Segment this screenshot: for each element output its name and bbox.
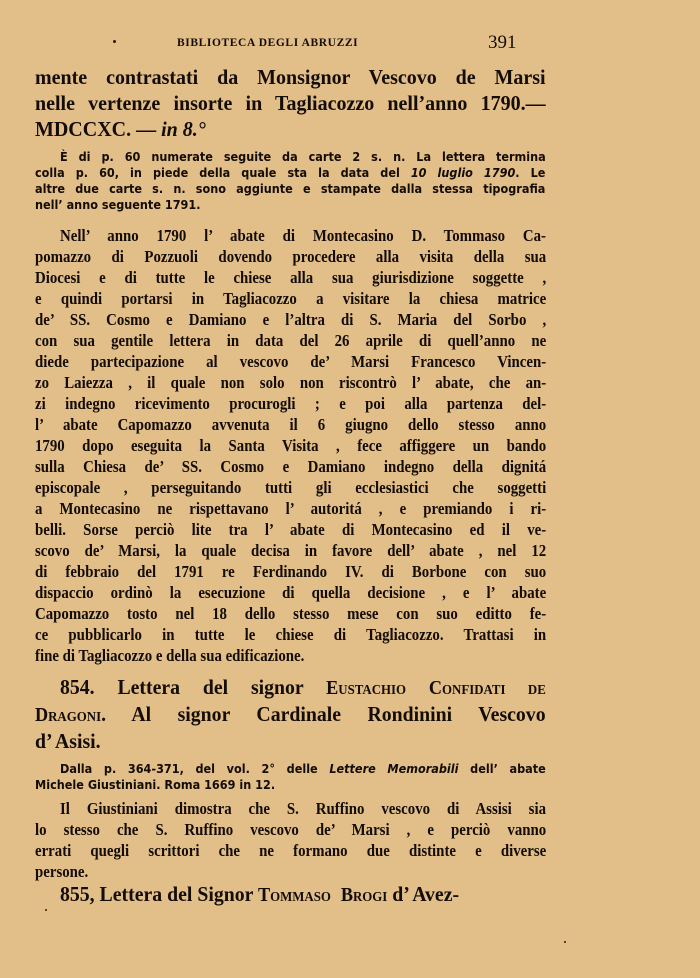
body-line-19: Capomazzo tosto nel 18 dello stesso mese…: [35, 603, 546, 624]
body-line-15: belli. Sorse perciò lite tra l’ abate di…: [35, 519, 546, 540]
body-line-4: e quindi portarsi in Tagliacozzo a visit…: [35, 288, 546, 309]
body-line-20: ce pubblicarlo in tutte le chiese di Tag…: [35, 624, 546, 645]
author-first-name: Tommaso: [258, 884, 331, 906]
page-number: 391: [488, 32, 517, 54]
body-line-21: fine di Tagliacozzo e della sua edificaz…: [35, 645, 546, 666]
note-text: . Le: [515, 166, 545, 181]
title-continuation-line-3: MDCCXC. — in 8.°: [35, 116, 546, 142]
note-text: colla p. 60, in piede della quale sta la…: [35, 166, 411, 181]
body-line-8: zo Laiezza , il quale non solo non risco…: [35, 372, 546, 393]
entry-854-note-line-1: Dalla p. 364-371, del vol. 2° delle Lett…: [60, 762, 546, 778]
body-line-13: episcopale , perseguitando tutti gli ecc…: [35, 477, 546, 498]
ink-speck: [45, 909, 47, 911]
entry-854-note-line-2: Michele Giustiniani. Roma 1669 in 12.: [35, 778, 545, 794]
body-line-5: de’ SS. Cosmo e Damiano e l’altra di S. …: [35, 309, 546, 330]
body-line-14: a Montecasino ne rispettavano l’ autorit…: [35, 498, 546, 519]
body-line-1: Nell’ anno 1790 l’ abate di Montecasino …: [60, 225, 546, 246]
entry-854-body-line-2: lo stesso che S. Ruffino vescovo de’ Mar…: [35, 819, 546, 840]
note-line-4: nell’ anno seguente 1791.: [35, 198, 545, 214]
body-line-6: con sua gentile lettera in data del 26 a…: [35, 330, 546, 351]
body-line-2: pomazzo di Pozzuoli dovendo procedere al…: [35, 246, 546, 267]
body-line-18: dispaccio ordinò la esecuzione di quella…: [35, 582, 546, 603]
title-continuation-line-1: mente contrastati da Monsignor Vescovo d…: [35, 64, 546, 90]
author-first-name: Eustachio: [326, 677, 406, 699]
note-line-3: altre due carte s. n. sono aggiunte e st…: [35, 182, 545, 198]
body-line-9: zi indegno ricevimento procurogli ; e po…: [35, 393, 546, 414]
entry-854-body-line-1: Il Giustiniani dimostra che S. Ruffino v…: [60, 798, 546, 819]
title-continuation-line-2: nelle vertenze insorte in Tagliacozzo ne…: [35, 90, 546, 116]
author-surname: Brogi: [341, 884, 387, 906]
body-line-16: scovo de’ Marsi, la quale decisa in favo…: [35, 540, 546, 561]
ink-speck: [564, 941, 566, 943]
body-line-11: 1790 dopo eseguita la Santa Visita , fec…: [35, 435, 546, 456]
entry-854-body-line-4: persone.: [35, 861, 546, 882]
book-page: Biblioteca degli Abruzzi 391 mente contr…: [0, 0, 700, 978]
entry-number: 854.: [60, 675, 95, 699]
note-line-2: colla p. 60, in piede della quale sta la…: [35, 166, 545, 182]
body-line-12: sulla Chiesa de’ SS. Cosmo e Damiano ind…: [35, 456, 546, 477]
ink-speck: [113, 40, 116, 43]
note-date: 10 luglio 1790: [411, 166, 515, 181]
entry-title: Lettera del Signor: [100, 882, 253, 906]
book-title: Lettere Memorabili: [329, 762, 458, 777]
roman-year: MDCCXC. —: [35, 117, 161, 141]
body-line-7: diede partecipazione al vescovo de’ Mars…: [35, 351, 546, 372]
entry-title: . Al signor Cardinale Rondinini Vescovo: [101, 702, 546, 726]
entry-title: d’ Avez-: [392, 882, 459, 906]
note-text: Dalla p. 364-371, del vol. 2° delle: [60, 762, 329, 777]
note-text: dell’ abate: [459, 762, 546, 777]
body-line-3: Diocesi e di tutte le chiese alla sua gi…: [35, 267, 546, 288]
entry-854-heading-line-2: Dragoni. Al signor Cardinale Rondinini V…: [35, 701, 546, 729]
body-line-10: l’ abate Capomazzo avvenuta il 6 giugno …: [35, 414, 546, 435]
entry-number: 855,: [60, 882, 95, 906]
entry-854-heading-line-1: 854. Lettera del signor Eustachio Confid…: [60, 674, 546, 702]
author-surname: Confidati de: [429, 677, 546, 699]
entry-855-heading-line-1: 855, Lettera del Signor Tommaso Brogi d’…: [60, 881, 546, 909]
book-format: in 8.°: [161, 117, 206, 141]
running-header: Biblioteca degli Abruzzi: [177, 37, 358, 49]
body-line-17: di febbraio del 1791 re Ferdinando IV. d…: [35, 561, 546, 582]
entry-854-body-line-3: errati quegli scrittori che ne formano d…: [35, 840, 546, 861]
author-surname: Dragoni: [35, 704, 101, 726]
entry-854-heading-line-3: d’ Asisi.: [35, 728, 546, 755]
entry-title: Lettera del signor: [117, 675, 303, 699]
note-line-1: È di p. 60 numerate seguite da carte 2 s…: [60, 150, 546, 166]
